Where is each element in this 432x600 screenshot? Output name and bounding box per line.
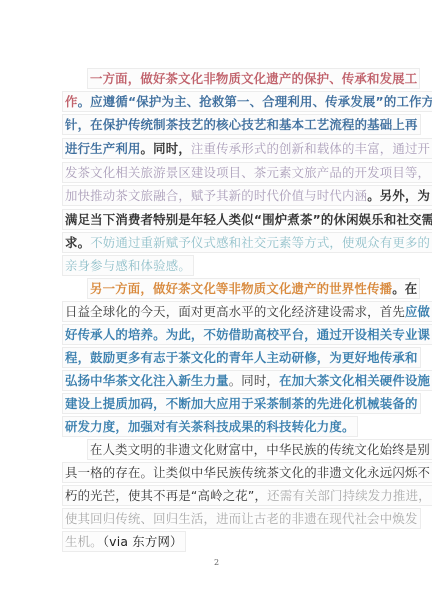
line-highlight-box: 使其回归传统、回归生活，进而让古老的非遗在现代社会中焕发: [62, 508, 421, 529]
text-line: 研发力度，加强对有关茶科技成果的科技转化力度。: [62, 416, 358, 435]
text-line: 求。不妨通过重新赋予仪式感和社交元素等方式，使观众有更多的: [62, 232, 432, 251]
text-line: 满足当下消费者特别是年轻人类似“围炉煮茶”的休闲娱乐和社交需: [62, 209, 432, 228]
text-segment: 生机。: [65, 534, 103, 549]
text-line: 具一格的存在。让类似中华民族传统茶文化的非遗文化永远闪烁不: [62, 462, 432, 481]
text-segment: 。在: [392, 281, 417, 296]
text-segment: 。同时，: [141, 141, 191, 156]
line-highlight-box: 进行生产利用。同时，注重传承形式的创新和载体的丰富，通过开: [62, 138, 432, 159]
text-line: 一方面，做好茶文化非物质文化遗产的保护、传承和发展工: [87, 68, 420, 87]
line-highlight-box: 日益全球化的今天，面对更高水平的文化经济建设需求，首先应做: [62, 301, 432, 322]
text-segment: 建设上提质加码，不断加大应用于采茶制茶的先进化机械装备的: [65, 396, 418, 411]
line-highlight-box: 针，在保护传统制茶技艺的核心技艺和基本工艺流程的基础上再: [62, 114, 421, 135]
text-segment: 发茶文化相关旅游景区建设项目、茶元素文旅产品的开发项目等，: [65, 165, 430, 180]
text-segment: （via 东方网）: [103, 534, 183, 549]
line-highlight-box: 朽的光芒，使其不再是“高岭之花”，还需有关部门持续发力推进，: [62, 485, 432, 506]
text-segment: 加快推动茶文旅融合，赋予其新的时代价值与时代内涵: [65, 188, 367, 203]
text-line: 在人类文明的非遗文化财富中，中华民族的传统文化始终是别: [87, 439, 432, 458]
line-highlight-box: 程，鼓励更多有志于茶文化的青年人主动研修，为更好地传承和: [62, 347, 421, 368]
text-segment: 弘扬中华茶文化注入新生力量: [65, 373, 229, 388]
line-highlight-box: 在人类文明的非遗文化财富中，中华民族的传统文化始终是别: [87, 439, 432, 460]
text-line: 使其回归传统、回归生活，进而让古老的非遗在现代社会中焕发: [62, 508, 421, 527]
text-segment: 朽的光芒，使其不再是“高岭之花”，: [65, 488, 267, 503]
line-highlight-box: 生机。（via 东方网）: [62, 531, 186, 552]
text-segment: 研发力度，加强对有关茶科技成果的科技转化力度。: [65, 419, 355, 434]
line-highlight-box: 作。应遵循“保护为主、抢救第一、合理利用、传承发展”的工作方: [62, 91, 432, 112]
text-line: 进行生产利用。同时，注重传承形式的创新和载体的丰富，通过开: [62, 138, 432, 157]
line-highlight-box: 弘扬中华茶文化注入新生力量。同时，在加大茶文化相关硬件设施: [62, 370, 432, 391]
text-segment: 应做: [405, 304, 430, 319]
text-segment: 使其回归传统、回归生活，进而让古老的非遗在现代社会中焕发: [65, 511, 418, 526]
text-segment: 。应遵循“保护为主、抢救第一、合理利用、传承发展”的工作方: [78, 94, 432, 109]
text-segment: 针，在保护传统制茶技艺的核心技艺和基本工艺流程的基础上再: [65, 117, 418, 132]
text-line: 加快推动茶文旅融合，赋予其新的时代价值与时代内涵。另外，为: [62, 185, 432, 204]
text-line: 作。应遵循“保护为主、抢救第一、合理利用、传承发展”的工作方: [62, 91, 432, 110]
text-line: 弘扬中华茶文化注入新生力量。同时，在加大茶文化相关硬件设施: [62, 370, 432, 389]
text-segment: 进行生产利用: [65, 141, 141, 156]
text-line: 好传承人的培养。为此，不妨借助高校平台，通过开设相关专业课: [62, 324, 432, 343]
text-segment: 具一格的存在。让类似中华民族传统茶文化的非遗文化永远闪烁不: [65, 465, 430, 480]
text-line: 建设上提质加码，不断加大应用于采茶制茶的先进化机械装备的: [62, 393, 421, 412]
text-line: 日益全球化的今天，面对更高水平的文化经济建设需求，首先应做: [62, 301, 432, 320]
text-segment: 在加大茶文化相关硬件设施: [279, 373, 430, 388]
line-highlight-box: 研发力度，加强对有关茶科技成果的科技转化力度。: [62, 416, 358, 437]
text-segment: 在人类文明的非遗文化财富中，中华民族的传统文化始终是别: [90, 442, 430, 457]
text-line: 发茶文化相关旅游景区建设项目、茶元素文旅产品的开发项目等，: [62, 162, 432, 181]
line-highlight-box: 求。不妨通过重新赋予仪式感和社交元素等方式，使观众有更多的: [62, 232, 432, 253]
line-highlight-box: 发茶文化相关旅游景区建设项目、茶元素文旅产品的开发项目等，: [62, 162, 432, 183]
text-segment: 满足当下消费者特别是年轻人类似“围炉煮茶”的休闲娱乐和社交需: [65, 212, 432, 227]
line-highlight-box: 建设上提质加码，不断加大应用于采茶制茶的先进化机械装备的: [62, 393, 421, 414]
line-highlight-box: 好传承人的培养。为此，不妨借助高校平台，通过开设相关专业课: [62, 324, 432, 345]
text-segment: 程，鼓励更多有志于茶文化的青年人主动研修，为更好地传承和: [65, 350, 418, 365]
page-number: 2: [214, 558, 219, 567]
text-segment: 不妨通过重新赋予仪式感和社交元素等方式，使观众有更多的: [90, 235, 430, 250]
text-segment: 日益全球化的今天，面对更高水平的文化经济建设需求，首先: [65, 304, 405, 319]
text-segment: 还需有关部门持续发力推进，: [267, 488, 431, 503]
line-highlight-box: 加快推动茶文旅融合，赋予其新的时代价值与时代内涵。另外，为: [62, 185, 432, 206]
text-line: 亲身参与感和体验感。: [62, 255, 194, 274]
text-segment: 求。: [65, 235, 90, 250]
text-line: 针，在保护传统制茶技艺的核心技艺和基本工艺流程的基础上再: [62, 114, 421, 133]
text-segment: 好传承人的培养。为此，不妨借助高校平台，通过开设相关专业课: [65, 327, 430, 342]
line-highlight-box: 具一格的存在。让类似中华民族传统茶文化的非遗文化永远闪烁不: [62, 462, 432, 483]
text-segment: 。另外，为: [367, 188, 430, 203]
line-highlight-box: 亲身参与感和体验感。: [62, 255, 194, 276]
text-line: 另一方面，做好茶文化等非物质文化遗产的世界性传播。在: [87, 278, 420, 297]
line-highlight-box: 满足当下消费者特别是年轻人类似“围炉煮茶”的休闲娱乐和社交需: [62, 209, 432, 230]
text-segment: 亲身参与感和体验感。: [65, 258, 191, 273]
text-line: 程，鼓励更多有志于茶文化的青年人主动研修，为更好地传承和: [62, 347, 421, 366]
text-segment: 作: [65, 94, 78, 109]
text-segment: 另一方面，做好茶文化等非物质文化遗产的世界性传播: [90, 281, 392, 296]
line-highlight-box: 另一方面，做好茶文化等非物质文化遗产的世界性传播。在: [87, 278, 420, 299]
text-line: 生机。（via 东方网）: [62, 531, 186, 550]
text-line: 朽的光芒，使其不再是“高岭之花”，还需有关部门持续发力推进，: [62, 485, 432, 504]
line-highlight-box: 一方面，做好茶文化非物质文化遗产的保护、传承和发展工: [87, 68, 420, 89]
text-segment: 注重传承形式的创新和载体的丰富，通过开: [191, 141, 430, 156]
document-page: 一方面，做好茶文化非物质文化遗产的保护、传承和发展工作。应遵循“保护为主、抢救第…: [0, 0, 432, 600]
text-segment: 。同时，: [229, 373, 279, 388]
text-segment: 一方面，做好茶文化非物质文化遗产的保护、传承和发展工: [90, 71, 417, 86]
